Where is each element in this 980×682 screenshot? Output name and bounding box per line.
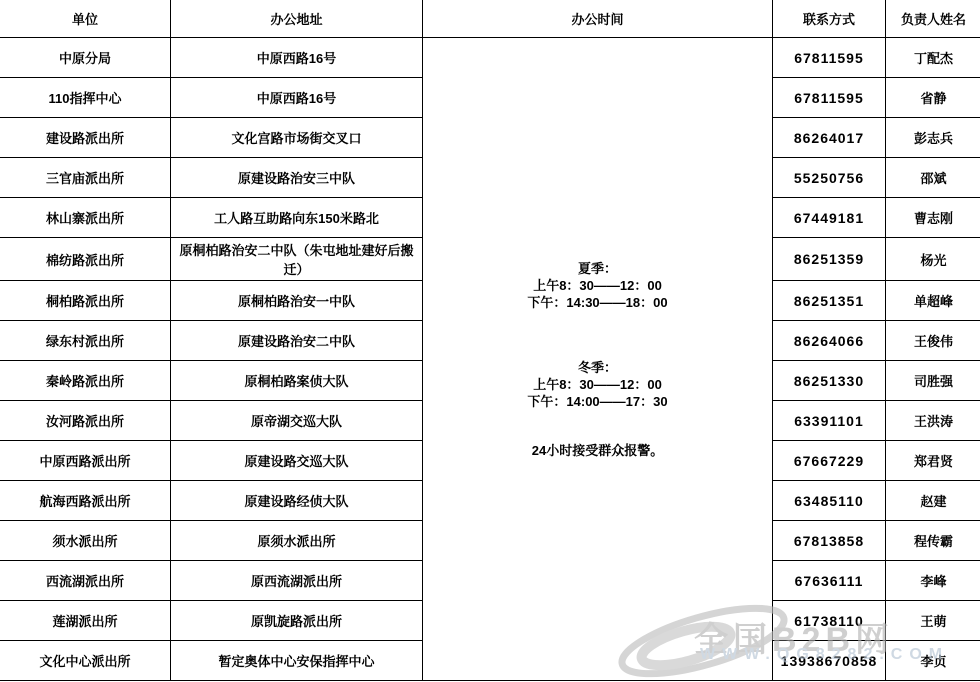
unit-cell: 林山寨派出所 <box>0 198 171 238</box>
unit-cell: 文化中心派出所 <box>0 641 171 681</box>
person-cell: 单超峰 <box>886 281 980 321</box>
winter-morning: 上午8：30——12：00 <box>427 376 768 393</box>
person-cell: 李贞 <box>886 641 980 681</box>
unit-cell: 110指挥中心 <box>0 78 171 118</box>
phone-cell: 67811595 <box>773 38 886 78</box>
summer-morning: 上午8：30——12：00 <box>427 277 768 294</box>
phone-cell: 67449181 <box>773 198 886 238</box>
summer-afternoon: 下午：14:30——18：00 <box>427 294 768 311</box>
phone-cell: 67667229 <box>773 441 886 481</box>
unit-cell: 须水派出所 <box>0 521 171 561</box>
table-row: 中原分局 中原西路16号 夏季： 上午8：30——12：00 下午：14:30—… <box>0 38 980 78</box>
phone-cell: 13938670858 <box>773 641 886 681</box>
unit-cell: 航海西路派出所 <box>0 481 171 521</box>
header-address: 办公地址 <box>171 0 423 38</box>
unit-cell: 三官庙派出所 <box>0 158 171 198</box>
person-cell: 丁配杰 <box>886 38 980 78</box>
address-cell: 原凯旋路派出所 <box>171 601 423 641</box>
address-cell: 原建设路经侦大队 <box>171 481 423 521</box>
hours-note: 24小时接受群众报警。 <box>427 442 768 459</box>
address-cell: 原建设路治安三中队 <box>171 158 423 198</box>
phone-cell: 61738110 <box>773 601 886 641</box>
phone-cell: 86264066 <box>773 321 886 361</box>
phone-cell: 55250756 <box>773 158 886 198</box>
address-cell: 中原西路16号 <box>171 38 423 78</box>
police-contact-table: 单位 办公地址 办公时间 联系方式 负责人姓名 中原分局 中原西路16号 夏季：… <box>0 0 980 681</box>
unit-cell: 西流湖派出所 <box>0 561 171 601</box>
phone-cell: 63391101 <box>773 401 886 441</box>
person-cell: 赵建 <box>886 481 980 521</box>
winter-label: 冬季： <box>427 359 768 376</box>
unit-cell: 莲湖派出所 <box>0 601 171 641</box>
unit-cell: 建设路派出所 <box>0 118 171 158</box>
header-row: 单位 办公地址 办公时间 联系方式 负责人姓名 <box>0 0 980 38</box>
unit-cell: 绿东村派出所 <box>0 321 171 361</box>
winter-hours: 冬季： 上午8：30——12：00 下午：14:00——17：30 <box>427 359 768 410</box>
phone-cell: 86264017 <box>773 118 886 158</box>
address-cell: 原建设路交巡大队 <box>171 441 423 481</box>
summer-label: 夏季： <box>427 260 768 277</box>
phone-cell: 67813858 <box>773 521 886 561</box>
address-cell: 工人路互助路向东150米路北 <box>171 198 423 238</box>
person-cell: 王俊伟 <box>886 321 980 361</box>
address-cell: 原建设路治安二中队 <box>171 321 423 361</box>
person-cell: 省静 <box>886 78 980 118</box>
address-cell: 原须水派出所 <box>171 521 423 561</box>
person-cell: 杨光 <box>886 238 980 281</box>
person-cell: 程传霸 <box>886 521 980 561</box>
header-person: 负责人姓名 <box>886 0 980 38</box>
phone-cell: 67811595 <box>773 78 886 118</box>
office-hours-cell: 夏季： 上午8：30——12：00 下午：14:30——18：00 冬季： 上午… <box>423 38 773 681</box>
person-cell: 郑君贤 <box>886 441 980 481</box>
address-cell: 原桐柏路案侦大队 <box>171 361 423 401</box>
header-unit: 单位 <box>0 0 171 38</box>
phone-cell: 86251359 <box>773 238 886 281</box>
unit-cell: 汝河路派出所 <box>0 401 171 441</box>
unit-cell: 中原分局 <box>0 38 171 78</box>
address-cell: 文化宫路市场街交叉口 <box>171 118 423 158</box>
phone-cell: 86251351 <box>773 281 886 321</box>
unit-cell: 秦岭路派出所 <box>0 361 171 401</box>
phone-cell: 67636111 <box>773 561 886 601</box>
person-cell: 曹志刚 <box>886 198 980 238</box>
person-cell: 司胜强 <box>886 361 980 401</box>
address-cell: 原帝湖交巡大队 <box>171 401 423 441</box>
person-cell: 王萌 <box>886 601 980 641</box>
person-cell: 李峰 <box>886 561 980 601</box>
person-cell: 王洪涛 <box>886 401 980 441</box>
address-cell: 中原西路16号 <box>171 78 423 118</box>
person-cell: 邵斌 <box>886 158 980 198</box>
summer-hours: 夏季： 上午8：30——12：00 下午：14:30——18：00 <box>427 260 768 311</box>
address-cell: 原西流湖派出所 <box>171 561 423 601</box>
winter-afternoon: 下午：14:00——17：30 <box>427 393 768 410</box>
phone-cell: 63485110 <box>773 481 886 521</box>
address-cell: 暂定奥体中心安保指挥中心 <box>171 641 423 681</box>
header-phone: 联系方式 <box>773 0 886 38</box>
address-cell: 原桐柏路治安二中队（朱屯地址建好后搬迁） <box>171 238 423 281</box>
phone-cell: 86251330 <box>773 361 886 401</box>
person-cell: 彭志兵 <box>886 118 980 158</box>
unit-cell: 中原西路派出所 <box>0 441 171 481</box>
unit-cell: 桐柏路派出所 <box>0 281 171 321</box>
unit-cell: 棉纺路派出所 <box>0 238 171 281</box>
header-hours: 办公时间 <box>423 0 773 38</box>
address-cell: 原桐柏路治安一中队 <box>171 281 423 321</box>
